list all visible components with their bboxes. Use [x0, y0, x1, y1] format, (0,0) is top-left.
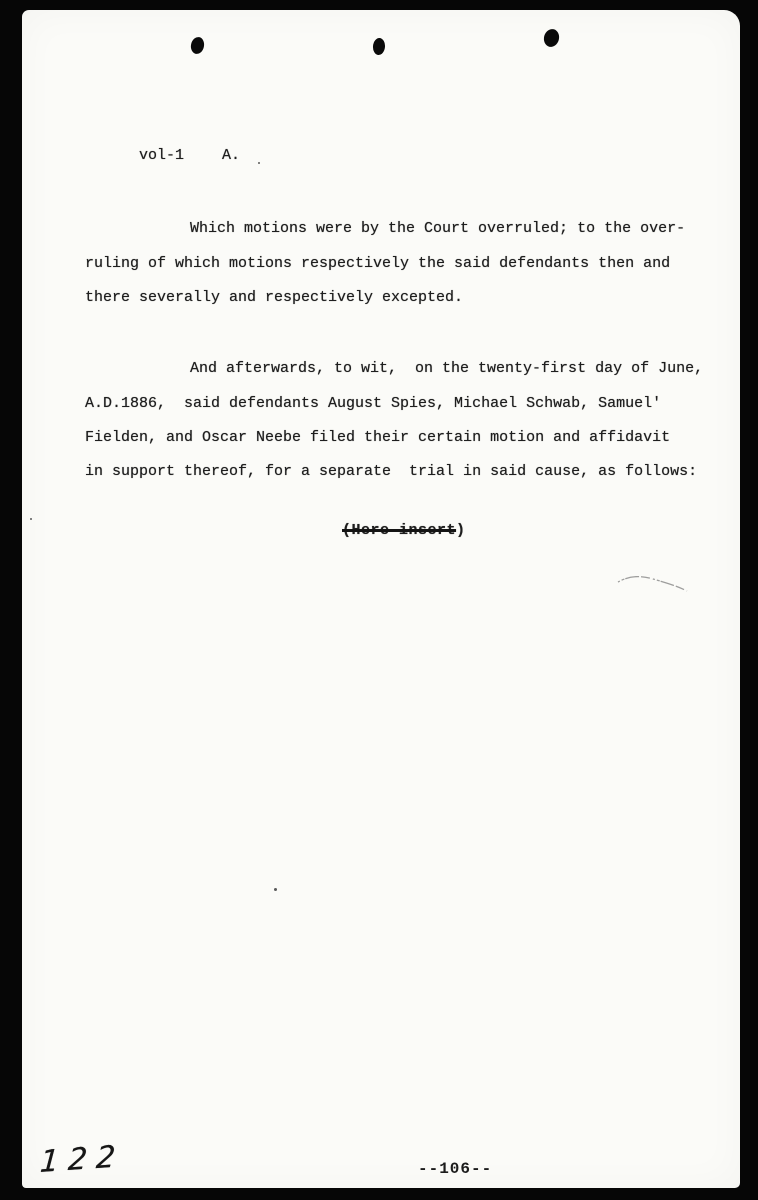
punch-hole — [189, 36, 205, 55]
text-line: there severally and respectively excepte… — [85, 288, 463, 307]
typed-page-number: --106-- — [418, 1160, 492, 1178]
page: vol-1A. Which motions were by the Court … — [22, 10, 740, 1188]
strikethrough-note: (Here insert) — [288, 502, 465, 559]
pencil-mark — [615, 571, 693, 597]
text-line: Fielden, and Oscar Neebe filed their cer… — [85, 428, 670, 447]
ink-speck — [274, 888, 277, 891]
punch-hole — [542, 27, 561, 48]
struck-text: (Here insert — [342, 522, 456, 539]
text-line: And afterwards, to wit, on the twenty-fi… — [190, 359, 703, 378]
scanned-document: { "scan": { "background_color": "#060606… — [0, 0, 758, 1200]
text-line: Which motions were by the Court overrule… — [190, 219, 685, 238]
scanner-background: vol-1A. Which motions were by the Court … — [0, 0, 758, 1200]
ink-speck — [258, 162, 260, 164]
text-line: A.D.1886, said defendants August Spies, … — [85, 394, 661, 413]
punch-hole — [372, 38, 385, 56]
note-close-paren: ) — [456, 522, 465, 539]
text-line: in support thereof, for a separate trial… — [85, 462, 697, 481]
text-line: ruling of which motions respectively the… — [85, 254, 670, 273]
handwritten-page-number: 122 — [39, 1139, 126, 1180]
volume-label: vol-1 — [139, 147, 184, 164]
document-header: vol-1A. — [85, 130, 240, 181]
section-label: A. — [222, 147, 240, 164]
ink-speck — [30, 518, 32, 520]
